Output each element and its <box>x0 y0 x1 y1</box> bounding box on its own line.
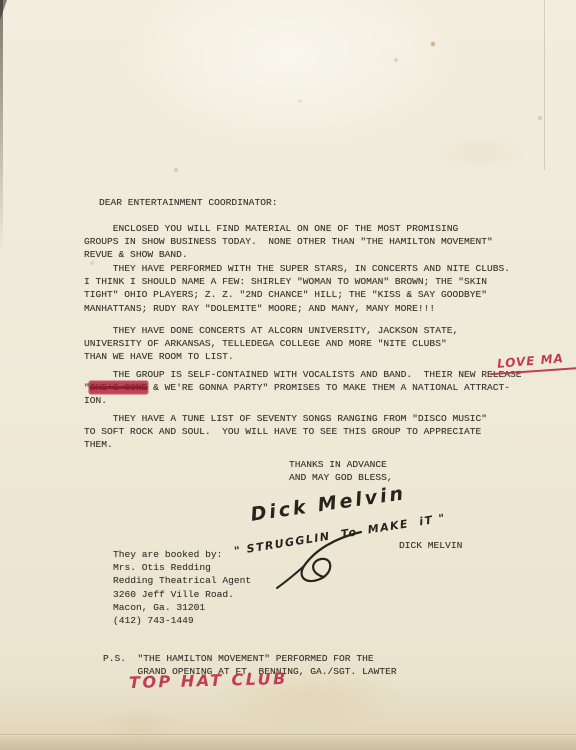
signature-flourish <box>273 528 383 590</box>
p5-line3: ION. <box>84 395 107 406</box>
paper-crease <box>544 0 545 170</box>
closing-thanks: THANKS IN ADVANCE AND MAY GOD BLESS, <box>289 458 393 484</box>
booking-info: They are booked by: Mrs. Otis Redding Re… <box>113 548 251 627</box>
scan-corner-shadow <box>0 0 7 20</box>
letter-page: DEAR ENTERTAINMENT COORDINATOR: ENCLOSED… <box>0 0 576 750</box>
paragraph-concerts: THEY HAVE DONE CONCERTS AT ALCORN UNIVER… <box>84 324 458 364</box>
scan-bottom-shading <box>0 736 576 750</box>
paragraph-enclosed: ENCLOSED YOU WILL FIND MATERIAL ON ONE O… <box>84 222 493 262</box>
p5-after-struck: & WE'RE GONNA PARTY" PROMISES TO MAKE TH… <box>147 382 510 393</box>
red-ink-club-note: TOP HAT CLUB <box>129 669 288 692</box>
paper-fold-line <box>0 734 576 735</box>
handwritten-signature: Dick Melvin <box>249 482 407 526</box>
paragraph-new-release: THE GROUP IS SELF-CONTAINED WITH VOCALIS… <box>84 368 522 408</box>
scan-edge-left <box>0 0 3 255</box>
p5-open-quote: " <box>84 382 90 393</box>
redacted-song-title: SHE'S GONE <box>90 382 148 393</box>
paragraph-tune-list: THEY HAVE A TUNE LIST OF SEVENTY SONGS R… <box>84 412 487 452</box>
paragraph-performed-with: THEY HAVE PERFORMED WITH THE SUPER STARS… <box>84 262 510 315</box>
salutation: DEAR ENTERTAINMENT COORDINATOR: <box>99 196 277 209</box>
p5-line1: THE GROUP IS SELF-CONTAINED WITH VOCALIS… <box>84 369 522 380</box>
typed-signature-name: DICK MELVIN <box>399 539 462 552</box>
